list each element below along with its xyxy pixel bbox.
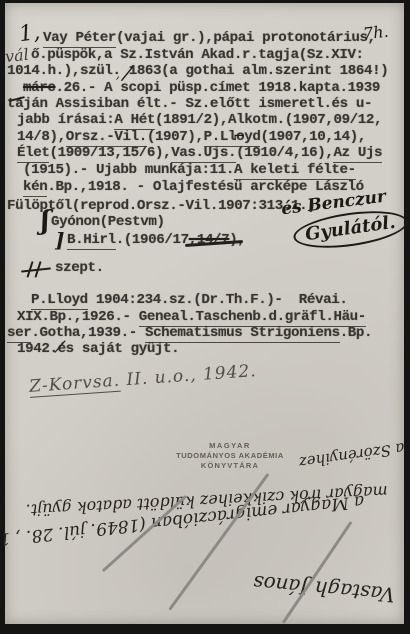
typed-segment: kén bbox=[23, 179, 47, 197]
typed-line: P.Lloyd 1904:234.sz.(Dr.Th.F.)- Révai. bbox=[31, 293, 347, 308]
typed-segment: (1909/13,15/6), bbox=[49, 145, 171, 161]
catalog-card: Vay Péter(vajai gr.),pápai protonotárius… bbox=[5, 3, 404, 624]
typed-line: Élet(1909/13,15/6),Vas.Ujs.(1910/4,16),A… bbox=[17, 146, 382, 161]
photo-frame: Vay Péter(vajai gr.),pápai protonotárius… bbox=[0, 0, 410, 634]
typed-segment: XIX.Bp.,1926.- bbox=[17, 309, 139, 325]
handwritten-item-number: 1, bbox=[17, 20, 41, 48]
typed-line: ő.püspök,a Sz.István Akad.r.tagja(Sz.XIV… bbox=[31, 48, 364, 63]
typed-segment: jabb írásai: bbox=[17, 112, 114, 128]
typed-line: Fülöptől(reprod.Orsz.-Vil.1907:313.1.) bbox=[7, 199, 315, 214]
typed-line: jabb írásai:A Hét(1891/2),Alkotm.(1907,0… bbox=[17, 113, 382, 128]
typed-line: táján Assisiban élt.- Sz.előtt ismeretl.… bbox=[7, 97, 372, 112]
typed-line: 1014.h.),szül. 1863(a gothai alm.szerint… bbox=[7, 64, 388, 79]
typed-line: (1915).- Ujabb munkája:11.A keleti félte… bbox=[23, 163, 356, 178]
typed-segment: A keleti félte- bbox=[234, 162, 356, 180]
handwritten-top-right-mark: 7h. bbox=[362, 22, 389, 44]
typed-segment: ser bbox=[7, 325, 31, 343]
typed-segment: Vas.Ujs. bbox=[171, 145, 236, 163]
library-stamp: MAGYAR TUDOMÁNYOS AKADÉMIA KÖNYVTÁRA bbox=[165, 441, 295, 471]
typed-segment: Fülöptől(reprod.Orsz.-Vil.1907:313.1.) bbox=[7, 198, 315, 214]
typed-segment: B.Hirl bbox=[67, 232, 116, 250]
pencil-slash-3 bbox=[282, 521, 352, 624]
handwritten-pencil-note: Z-Korvsa. II. u.o., 1942. bbox=[29, 361, 258, 397]
typed-segment: 1904:234.sz.(Dr.Th.F.)- Révai. bbox=[88, 292, 348, 308]
typed-segment: .(1906/17 bbox=[116, 232, 189, 248]
typed-segment: ő.püspök,a Sz.István Akad.r.tagja(Sz.XIV… bbox=[31, 47, 364, 63]
typed-line: 14/8),Orsz.-Vil.(1907),P.Lloyd(1907,10,1… bbox=[17, 130, 366, 145]
stamp-line-2: TUDOMÁNYOS AKADÉMIA bbox=[165, 451, 295, 461]
typed-line: 1942.és saját gyüjt. bbox=[17, 342, 179, 357]
typed-segment: 1942.és saját gyüjt. bbox=[17, 341, 179, 357]
typed-segment: (1915).- Ujabb munkája:11. bbox=[23, 162, 234, 178]
typed-segment: 14/8), bbox=[17, 129, 66, 145]
typed-line: márc.26.- A scopi püsp.címet 1918.kapta.… bbox=[23, 81, 380, 96]
pencil-note-underlined-word: Z-Korvsa. bbox=[29, 371, 121, 398]
typed-segment: Schematismus Strigoniens bbox=[145, 325, 340, 343]
typed-segment: Geneal.Taschenb.d.gräfl.Häu- bbox=[139, 309, 366, 327]
stamp-line-3: KÖNYVTÁRA bbox=[165, 461, 295, 471]
typed-segment: (vajai gr.),pápai protonotárius, bbox=[116, 30, 376, 46]
typed-segment: (1910/4,16), bbox=[236, 145, 333, 161]
typed-segment: P.Lloyd bbox=[31, 292, 88, 310]
pencil-note-rest: II. u.o., 1942. bbox=[119, 361, 257, 390]
typed-line: kén.Bp.,1918. - Olajfestésü arcképe Lász… bbox=[23, 180, 364, 195]
typed-segment: táján Assisiban élt.- Sz.előtt ismeretl.… bbox=[7, 96, 372, 112]
typed-segment: (1891/2),Alkotm.(1907,09/12, bbox=[155, 112, 382, 128]
typed-line: szept. bbox=[55, 261, 104, 276]
typed-segment: 1014.h.),szül. 1863(a gothai alm.szerint… bbox=[7, 63, 388, 79]
typed-segment: Az Ujs bbox=[333, 145, 382, 163]
inverted-handwritten-note-3: a Szörényihez bbox=[289, 439, 405, 473]
handwritten-bracket-mark: ] bbox=[55, 228, 64, 252]
typed-segment: .Bp. bbox=[340, 325, 372, 341]
typed-segment: (1907), bbox=[147, 129, 204, 145]
typed-segment: Élet bbox=[17, 145, 49, 163]
typed-segment: szept. bbox=[55, 260, 104, 276]
typed-segment: Gyónon(Pestvm) bbox=[51, 214, 165, 230]
typed-segment: A Hét bbox=[114, 112, 155, 130]
handwritten-margin-correction: vál bbox=[4, 45, 30, 66]
handwritten-brace-mark: ʃ bbox=[41, 206, 50, 236]
typed-line: Vay Péter(vajai gr.),pápai protonotárius… bbox=[43, 31, 376, 46]
handwritten-hook-mark: ⌐ bbox=[233, 127, 246, 145]
typed-segment: Orsz.-Vil. bbox=[66, 129, 147, 147]
typed-segment: .Bp.,1918. - Olajfestésü arcképe László bbox=[47, 179, 363, 195]
typed-line: XIX.Bp.,1926.- Geneal.Taschenb.d.gräfl.H… bbox=[17, 310, 366, 325]
typed-segment: márc bbox=[23, 80, 55, 96]
typed-segment: Vay Péter bbox=[43, 30, 116, 48]
typed-line: Gyónon(Pestvm) bbox=[51, 215, 165, 230]
inverted-handwritten-signature: Vastagh János bbox=[209, 567, 395, 607]
typed-segment: (1907,10,14), bbox=[260, 129, 365, 145]
typed-line: B.Hirl.(1906/17,14/7), bbox=[67, 233, 246, 248]
stamp-line-1: MAGYAR bbox=[165, 441, 295, 451]
typed-segment: .26.- A scopi püsp.címet 1918.kapta.1939 bbox=[55, 80, 380, 96]
typed-segment: .Gotha,1939.- bbox=[31, 325, 145, 341]
